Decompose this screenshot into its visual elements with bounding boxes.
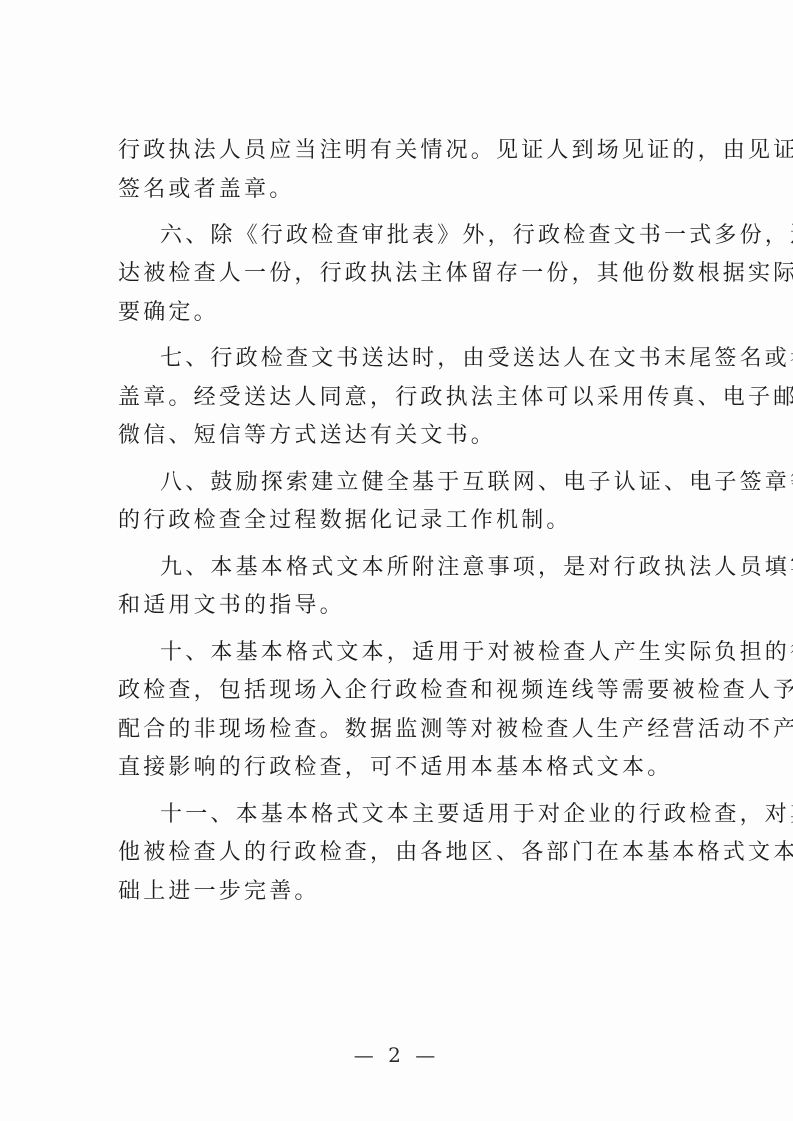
paragraph-11-line-2: 他被检查人的行政检查，由各地区、各部门在本基本格式文本基 — [118, 838, 688, 868]
paragraph-7-line-2: 盖章。经受送达人同意，行政执法主体可以采用传真、电子邮件、 — [118, 383, 688, 413]
paragraph-6-line-2: 达被检查人一份，行政执法主体留存一份，其他份数根据实际需 — [118, 259, 688, 289]
paragraph-10-line-2: 政检查，包括现场入企行政检查和视频连线等需要被检查人予以 — [118, 676, 688, 706]
paragraph-continued-line-2: 签名或者盖章。 — [118, 175, 688, 205]
faint-watermark-stamp — [288, 451, 402, 560]
paragraph-10-line-1: 十、本基本格式文本，适用于对被检查人产生实际负担的行 — [160, 638, 688, 668]
page-number: — 2 — — [0, 1043, 793, 1067]
paragraph-8-line-2: 的行政检查全过程数据化记录工作机制。 — [118, 506, 688, 536]
paragraph-11-line-1: 十一、本基本格式文本主要适用于对企业的行政检查，对其 — [160, 800, 688, 830]
paragraph-10-line-3: 配合的非现场检查。数据监测等对被检查人生产经营活动不产生 — [118, 715, 688, 745]
paragraph-10-line-4: 直接影响的行政检查，可不适用本基本格式文本。 — [118, 753, 688, 783]
paragraph-9-line-2: 和适用文书的指导。 — [118, 591, 688, 621]
paragraph-7-line-1: 七、行政检查文书送达时，由受送达人在文书末尾签名或者 — [160, 344, 688, 374]
document-page: 行政执法人员应当注明有关情况。见证人到场见证的，由见证人 签名或者盖章。 六、除… — [0, 0, 793, 1121]
paragraph-9-line-1: 九、本基本格式文本所附注意事项，是对行政执法人员填写 — [160, 553, 688, 583]
paragraph-6-line-1: 六、除《行政检查审批表》外，行政检查文书一式多份，送 — [160, 221, 688, 251]
paragraph-6-line-3: 要确定。 — [118, 298, 688, 328]
paragraph-continued-line-1: 行政执法人员应当注明有关情况。见证人到场见证的，由见证人 — [118, 136, 688, 166]
paragraph-8-line-1: 八、鼓励探索建立健全基于互联网、电子认证、电子签章等 — [160, 468, 688, 498]
paragraph-7-line-3: 微信、短信等方式送达有关文书。 — [118, 421, 688, 451]
paragraph-11-line-3: 础上进一步完善。 — [118, 877, 688, 907]
